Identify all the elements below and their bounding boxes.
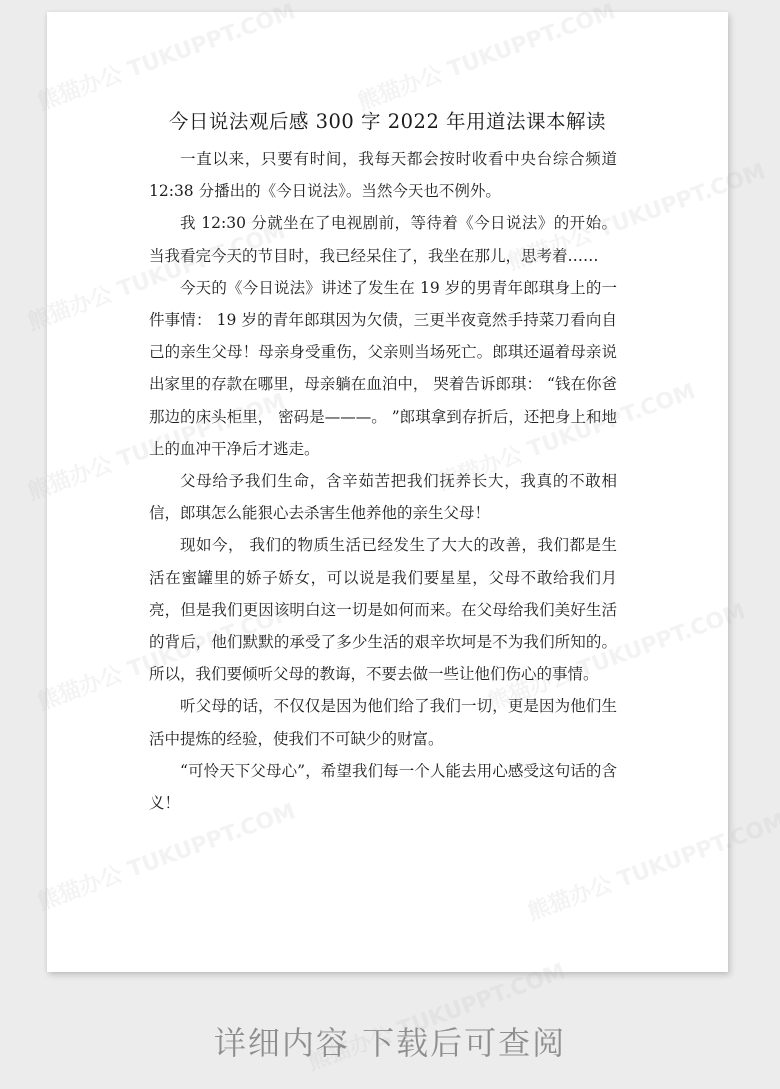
paragraph-6: 听父母的话，不仅仅是因为他们给了我们一切，更是因为他们生活中提炼的经验，使我们不… <box>149 690 617 754</box>
paragraph-4: 父母给予我们生命，含辛茹苦把我们抚养长大，我真的不敢相信，郎琪怎么能狠心去杀害生… <box>149 465 617 529</box>
paragraph-5: 现如今， 我们的物质生活已经发生了大大的改善，我们都是生活在蜜罐里的娇子娇女，可… <box>149 529 617 690</box>
paragraph-1: 一直以来，只要有时间，我每天都会按时收看中央台综合频道 12:38 分播出的《今… <box>149 143 617 207</box>
download-hint: 详细内容 下载后可查阅 <box>0 1018 780 1064</box>
document-title: 今日说法观后感 300 字 2022 年用道法课本解读 <box>47 106 728 134</box>
paragraph-3: 今天的《今日说法》讲述了发生在 19 岁的男青年郎琪身上的一件事情： 19 岁的… <box>149 272 617 465</box>
document-body: 一直以来，只要有时间，我每天都会按时收看中央台综合频道 12:38 分播出的《今… <box>149 143 617 819</box>
document-page: 今日说法观后感 300 字 2022 年用道法课本解读 一直以来，只要有时间，我… <box>47 12 728 972</box>
paragraph-2: 我 12:30 分就坐在了电视剧前，等待着《今日说法》的开始。当我看完今天的节目… <box>149 207 617 271</box>
paragraph-7: “可怜天下父母心”，希望我们每一个人能去用心感受这句话的含义！ <box>149 755 617 819</box>
